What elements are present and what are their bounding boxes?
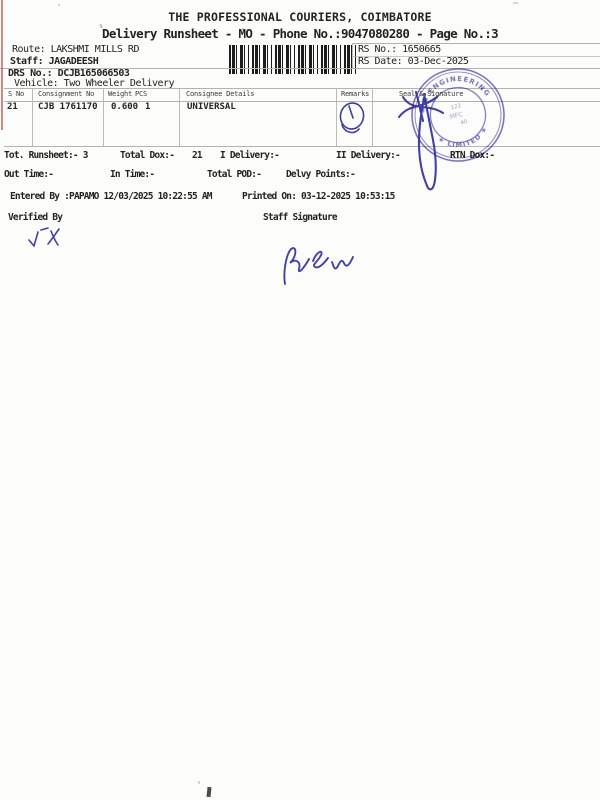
route-field: Route: LAKSHMI MILLS RD [12,45,139,56]
stamp-center-line2: MFC [449,111,463,121]
col-header-remarks: Remarks [341,91,369,98]
col-header-weight: Weight [108,91,132,98]
rs-box-top-line [353,43,600,44]
delvy-points-label: Delvy Points:- [286,170,355,180]
rtn-dox-label: RTN Dox:- [450,151,494,161]
stamp-center-line3: 40 [460,119,469,127]
scan-artifact-smudge [206,787,211,797]
total-pod-label: Total POD:- [207,170,261,180]
page-subtitle: Delivery Runsheet - MO - Phone No.:90470… [0,27,600,40]
row-consignment: CJB 1761170 [38,103,98,112]
rs-no-field: RS No.: 1650665 [358,45,441,56]
rs-box-left-line [352,43,353,68]
col-header-consignee: Consignee Details [186,91,254,98]
rs-box-mid-line [353,56,600,57]
col-header-pcs: PCS [135,91,147,98]
col-header-sno: S No [8,91,24,98]
scan-speck [513,2,518,4]
seal-signature-scribble [399,92,443,189]
table-col-line-2 [103,88,104,146]
out-time-label: Out Time:- [4,170,53,180]
row-weight: 0.600 [111,103,138,112]
verified-by-signature [29,228,59,246]
table-col-line-3 [179,88,180,146]
staff-signature-scribble [284,248,353,284]
scan-speck [58,4,60,6]
in-time-label: In Time:- [110,170,154,180]
scan-artifact-red-line [1,0,3,130]
table-col-line-4 [336,88,337,146]
col-header-seal: Seal & Signature [399,91,463,98]
total-dox-label: Total Dox:- [120,151,174,161]
col-header-consignment: Consignment No [38,91,94,98]
second-delivery-label: II Delivery:- [336,151,400,161]
staff-field: Staff: JAGADEESH [10,57,98,68]
printed-on-field: Printed On: 03-12-2025 10:53:15 [242,192,395,202]
entered-by-field: Entered By :PAPAMO 12/03/2025 10:22:55 A… [10,192,212,202]
table-top-border [4,88,600,89]
header-divider-line [0,68,600,69]
total-runsheet: Tot. Runsheet:- 3 [4,151,88,161]
staff-signature-label: Staff Signature [263,213,337,223]
barcode-icon [229,45,356,74]
rs-date-field: RS Date: 03-Dec-2025 [358,57,468,68]
stamp-center-line1: 122 [450,103,462,111]
row-pcs: 1 [145,103,150,112]
row-sno: 21 [7,103,18,112]
table-col-line-1 [32,88,33,146]
scan-speck [242,28,244,30]
row-consignee: UNIVERSAL [187,103,236,112]
scan-speck [198,781,200,784]
page-title: THE PROFESSIONAL COURIERS, COIMBATORE [0,11,600,23]
remarks-circle-mark [338,101,365,132]
verified-by-label: Verified By [8,213,62,223]
scan-speck [99,24,102,28]
first-delivery-label: I Delivery:- [220,151,279,161]
scanned-delivery-runsheet: THE PROFESSIONAL COURIERS, COIMBATORE De… [0,0,600,800]
table-bottom-border [4,146,600,147]
total-dox-value: 21 [192,151,202,161]
table-col-line-5 [372,88,373,146]
ink-overlay: S & ENGINEERING ★ LIMITED ★ 122 MFC 40 [0,0,600,800]
